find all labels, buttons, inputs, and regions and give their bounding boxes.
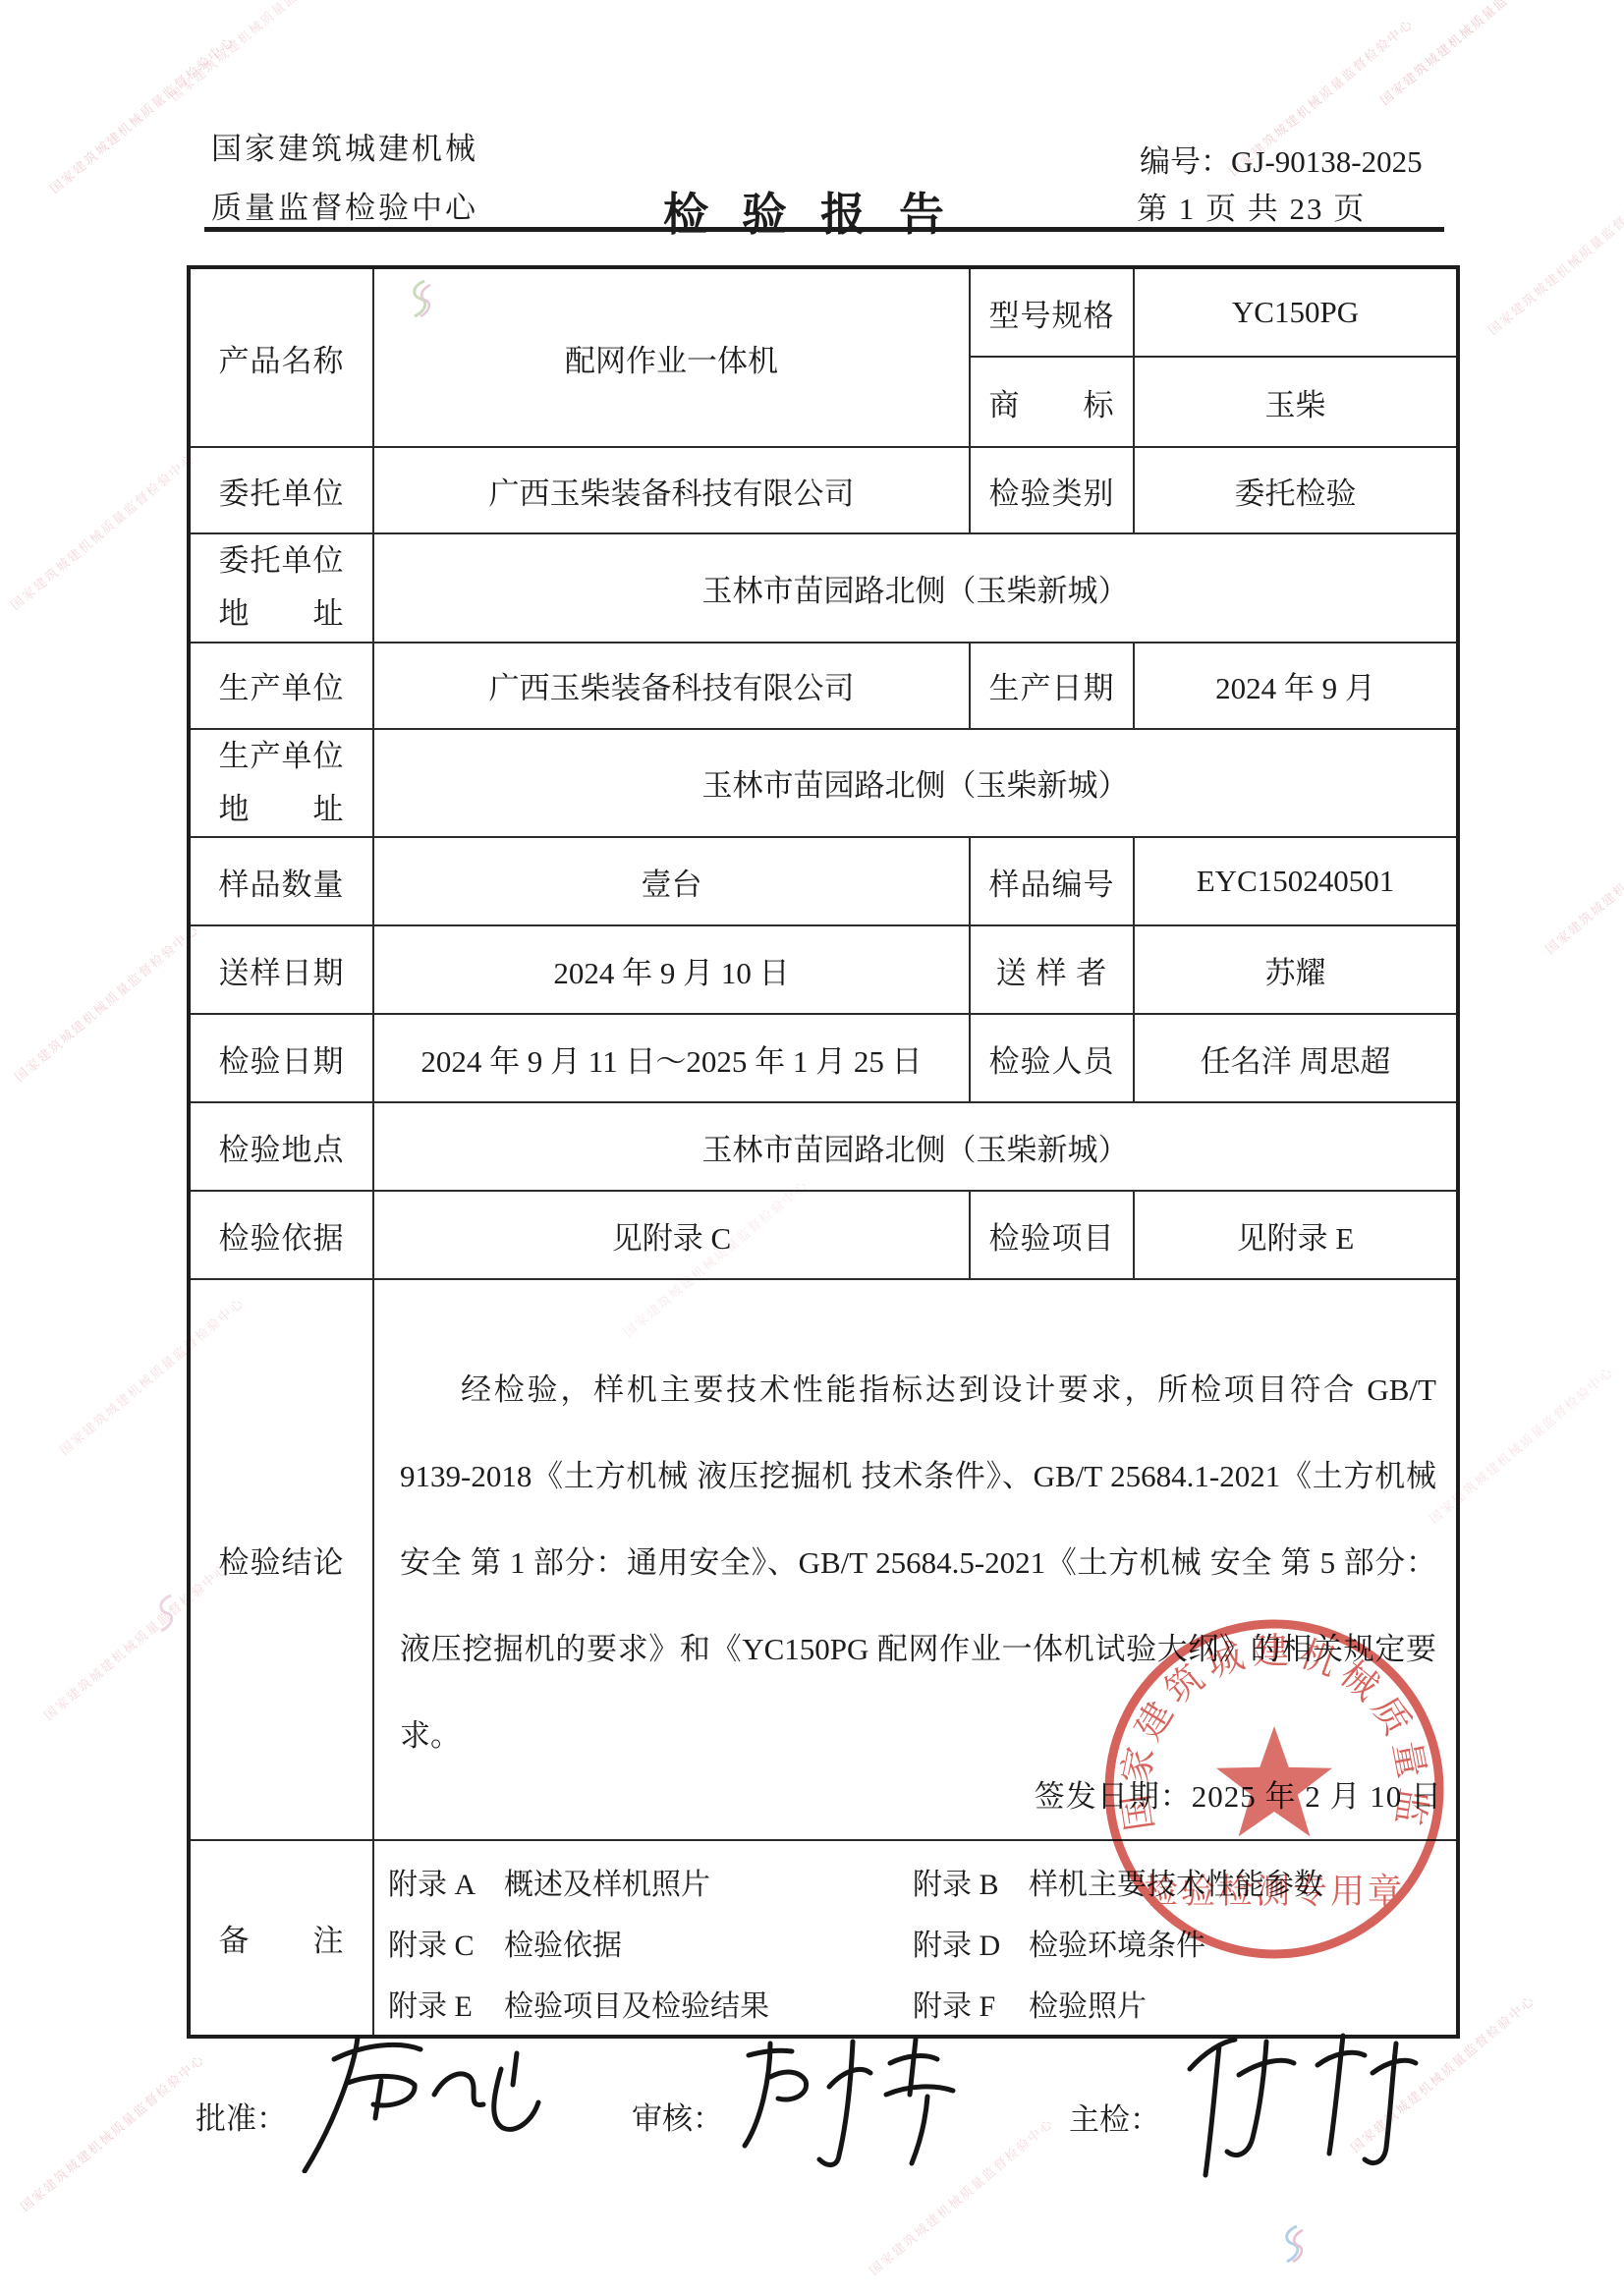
sample-sender-value: 苏耀 (1134, 925, 1458, 1014)
approve-block: 批准： (196, 2071, 542, 2173)
org-name-line1: 国家建筑城建机械 (211, 124, 478, 168)
client-address-label-line2: 地 址 (191, 588, 372, 641)
trademark-label: 商 标 (970, 357, 1134, 447)
watermark-text: 国家建筑城建机械质量监督检验中心 (45, 31, 238, 197)
chief-signature (1170, 2022, 1426, 2179)
sample-no-value: EYC150240501 (1134, 837, 1458, 925)
model-spec-label: 型号规格 (970, 267, 1134, 357)
client-unit-value: 广西玉柴装备科技有限公司 (373, 447, 970, 533)
producer-unit-value: 广西玉柴装备科技有限公司 (373, 643, 970, 729)
appendix-item: 附录 A概述及样机照片 (388, 1855, 769, 1916)
appendix-list-left: 附录 A概述及样机照片 附录 C检验依据 附录 E检验项目及检验结果 (388, 1855, 769, 2038)
appendix-code: 附录 B (913, 1855, 1029, 1916)
client-address-value: 玉林市苗园路北侧（玉柴新城） (373, 533, 1458, 643)
inspectors-label: 检验人员 (970, 1014, 1134, 1102)
conclusion-cell: 经检验，样机主要技术性能指标达到设计要求，所检项目符合 GB/T 9139-20… (373, 1279, 1458, 1840)
inspection-place-label: 检验地点 (189, 1102, 373, 1191)
table-row: 检验地点 玉林市苗园路北侧（玉柴新城） (189, 1102, 1458, 1191)
table-row: 委托单位 地 址 玉林市苗园路北侧（玉柴新城） (189, 533, 1458, 643)
table-row: 产品名称 配网作业一体机 型号规格 YC150PG (189, 267, 1458, 357)
table-row: 样品数量 壹台 样品编号 EYC150240501 (189, 837, 1458, 925)
product-name-value: 配网作业一体机 (373, 267, 970, 447)
inspection-basis-value: 见附录 C (373, 1191, 970, 1279)
watermark-logo (1273, 2222, 1309, 2266)
table-row: 检验依据 见附录 C 检验项目 见附录 E (189, 1191, 1458, 1279)
production-date-value: 2024 年 9 月 (1134, 643, 1458, 729)
client-unit-label: 委托单位 (189, 447, 373, 533)
production-date-label: 生产日期 (970, 643, 1134, 729)
producer-address-label: 生产单位 地 址 (189, 729, 373, 838)
review-signature (733, 2026, 969, 2173)
client-address-label-line1: 委托单位 (191, 534, 372, 588)
review-block: 审核： (632, 2071, 969, 2173)
inspection-category-label: 检验类别 (970, 447, 1134, 533)
producer-unit-label: 生产单位 (189, 643, 373, 729)
inspection-items-label: 检验项目 (970, 1191, 1134, 1279)
chief-label: 主检： (1069, 2102, 1160, 2137)
appendix-desc: 检验项目及检验结果 (504, 1990, 769, 2023)
appendix-desc: 检验照片 (1029, 1990, 1147, 2023)
inspectors-value: 任名洋 周思超 (1134, 1014, 1458, 1102)
appendix-item: 附录 B样机主要技术性能参数 (913, 1855, 1323, 1916)
sample-date-value: 2024 年 9 月 10 日 (373, 925, 970, 1014)
client-address-label: 委托单位 地 址 (189, 533, 373, 643)
appendix-desc: 检验环境条件 (1029, 1930, 1205, 1962)
watermark-text: 国家建筑城建机械质量监督检验中心 (16, 2049, 208, 2215)
table-row: 送样日期 2024 年 9 月 10 日 送 样 者 苏耀 (189, 925, 1458, 1014)
watermark-text: 国家建筑城建机械质量监督检验中心 (1375, 0, 1568, 109)
sample-no-label: 样品编号 (970, 837, 1134, 925)
remark-cell: 附录 A概述及样机照片 附录 C检验依据 附录 E检验项目及检验结果 附录 B样… (373, 1840, 1458, 2037)
product-name-label: 产品名称 (189, 267, 373, 447)
review-label: 审核： (632, 2101, 723, 2136)
approve-signature (297, 2026, 542, 2173)
appendix-code: 附录 C (388, 1916, 504, 1977)
appendix-item: 附录 C检验依据 (388, 1916, 769, 1977)
inspection-items-value: 见附录 E (1134, 1191, 1458, 1279)
producer-address-label-line2: 地 址 (191, 783, 372, 836)
inspection-basis-label: 检验依据 (189, 1191, 373, 1279)
conclusion-text: 经检验，样机主要技术性能指标达到设计要求，所检项目符合 GB/T 9139-20… (400, 1347, 1436, 1779)
appendix-item: 附录 D检验环境条件 (913, 1916, 1323, 1977)
inspection-category-value: 委托检验 (1134, 447, 1458, 533)
inspection-date-value: 2024 年 9 月 11 日～2025 年 1 月 25 日 (373, 1014, 970, 1102)
inspection-date-label: 检验日期 (189, 1014, 373, 1102)
producer-address-label-line1: 生产单位 (191, 730, 372, 783)
appendix-code: 附录 D (913, 1916, 1029, 1977)
header-rule (204, 227, 1444, 232)
table-row: 委托单位 广西玉柴装备科技有限公司 检验类别 委托检验 (189, 447, 1458, 533)
appendix-list-right: 附录 B样机主要技术性能参数 附录 D检验环境条件 附录 F检验照片 (913, 1855, 1323, 2038)
chief-block: 主检： (1069, 2067, 1426, 2179)
sample-qty-value: 壹台 (373, 837, 970, 925)
report-number: 编号：GJ-90138-2025 (1140, 137, 1423, 181)
sample-date-label: 送样日期 (189, 925, 373, 1014)
producer-address-value: 玉林市苗园路北侧（玉柴新城） (373, 729, 1458, 838)
sample-sender-label: 送 样 者 (970, 925, 1134, 1014)
remark-row: 备 注 附录 A概述及样机照片 附录 C检验依据 附录 E检验项目及检验结果 附… (189, 1840, 1458, 2037)
table-row: 生产单位 广西玉柴装备科技有限公司 生产日期 2024 年 9 月 (189, 643, 1458, 729)
watermark-text: 国家建筑城建机械质量监督检验中心 (6, 448, 198, 614)
approve-label: 批准： (196, 2101, 287, 2136)
model-spec-value: YC150PG (1134, 267, 1458, 357)
appendix-code: 附录 A (388, 1855, 504, 1916)
conclusion-row: 检验结论 经检验，样机主要技术性能指标达到设计要求，所检项目符合 GB/T 91… (189, 1279, 1458, 1840)
watermark-text: 国家建筑城建机械质量监督检验中心 (1540, 792, 1624, 958)
conclusion-label: 检验结论 (189, 1279, 373, 1840)
watermark-text: 国家建筑城建机械质量监督检验中心 (10, 920, 202, 1086)
watermark-text: 国家建筑城建机械质量监督检验中心 (165, 0, 358, 105)
appendix-desc: 检验依据 (504, 1930, 622, 1962)
issue-date: 签发日期：2025 年 2 月 10 日 (1035, 1771, 1442, 1816)
remark-label: 备 注 (189, 1840, 373, 2037)
inspection-report-page: 国家建筑城建机械质量监督检验中心 国家建筑城建机械质量监督检验中心 国家建筑城建… (0, 0, 1624, 2295)
page-number-info: 第 1 页 共 23 页 (1137, 184, 1366, 228)
appendix-desc: 样机主要技术性能参数 (1029, 1869, 1323, 1901)
inspection-place-value: 玉林市苗园路北侧（玉柴新城） (373, 1102, 1458, 1191)
table-row: 检验日期 2024 年 9 月 11 日～2025 年 1 月 25 日 检验人… (189, 1014, 1458, 1102)
table-row: 生产单位 地 址 玉林市苗园路北侧（玉柴新城） (189, 729, 1458, 838)
report-title: 检验报告 (17, 179, 1624, 244)
appendix-desc: 概述及样机照片 (504, 1869, 710, 1901)
report-table: 产品名称 配网作业一体机 型号规格 YC150PG 商 标 玉柴 委托单位 广西… (187, 265, 1460, 2039)
trademark-value: 玉柴 (1134, 357, 1458, 447)
watermark-logo (147, 1592, 183, 1635)
sample-qty-label: 样品数量 (189, 837, 373, 925)
